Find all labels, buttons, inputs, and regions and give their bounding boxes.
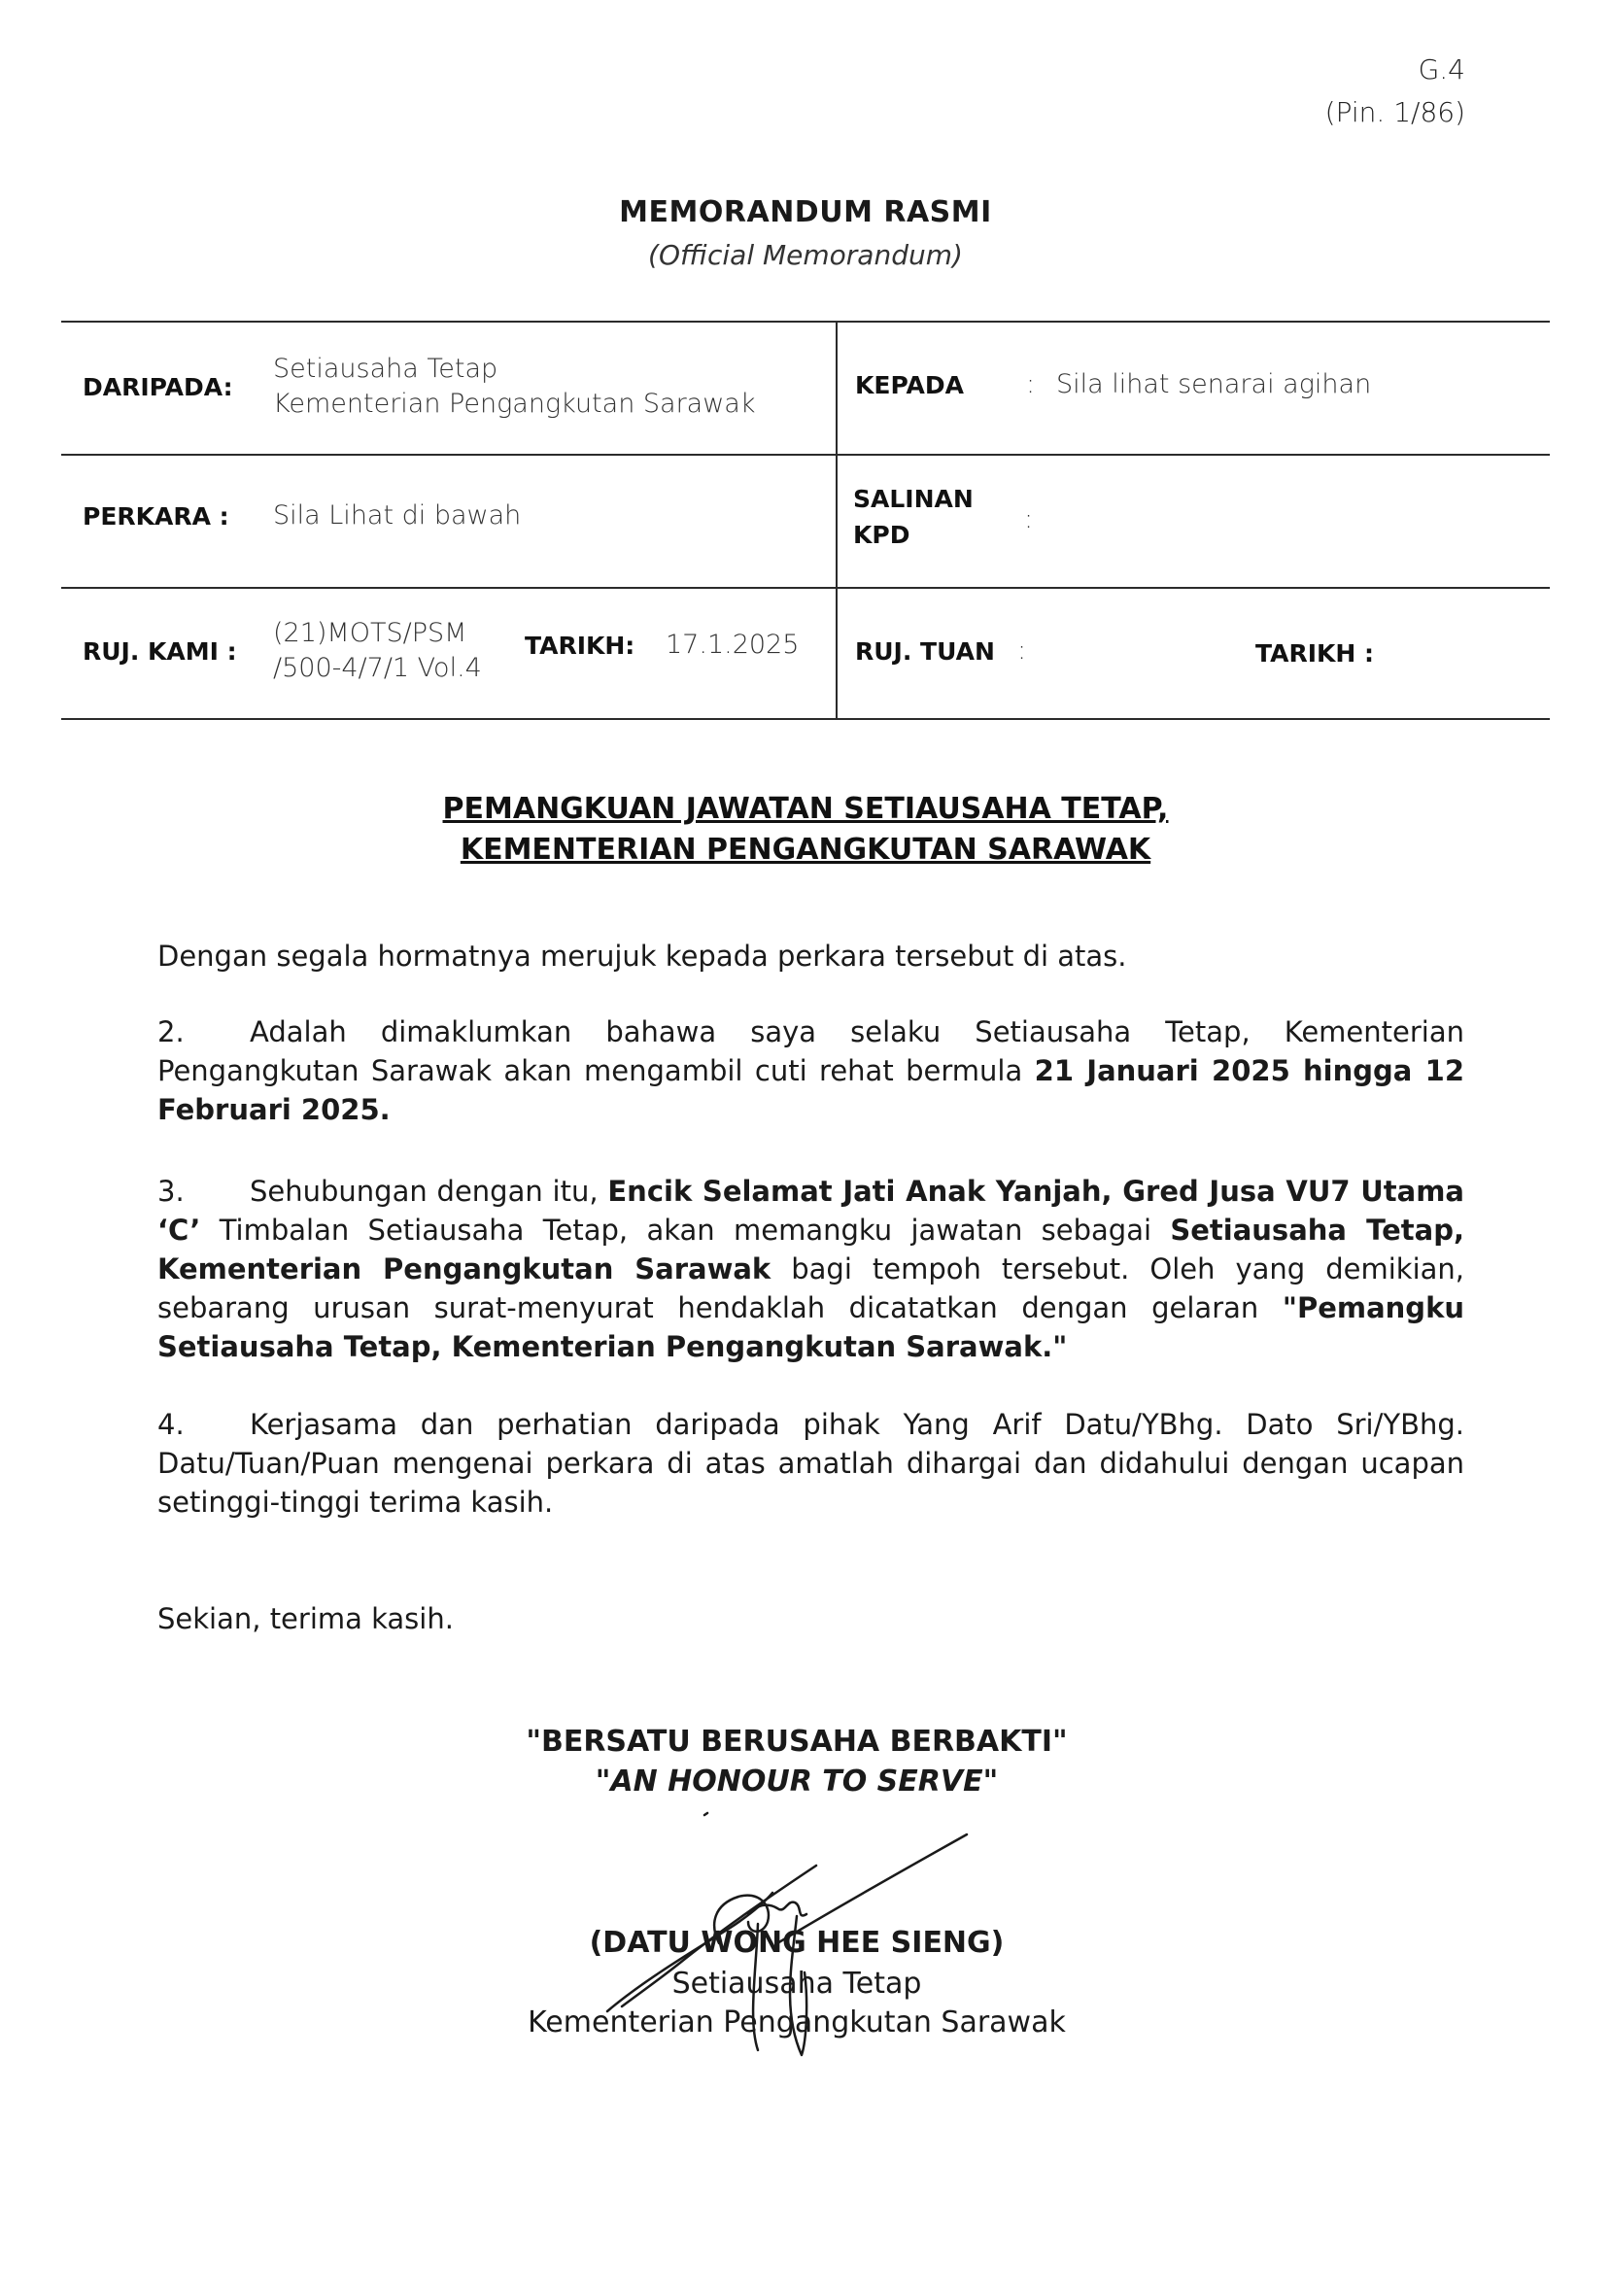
copy-label-line2: KPD (853, 521, 909, 549)
subject-value: Sila Lihat di bawah (273, 498, 521, 533)
subject-line1: PEMANGKUAN JAWATAN SETIAUSAHA TETAP, (0, 789, 1611, 830)
memo-title: MEMORANDUM RASMI (Official Memorandum) (0, 189, 1611, 275)
memo-subject-heading: PEMANGKUAN JAWATAN SETIAUSAHA TETAP, KEM… (0, 789, 1611, 871)
paragraph-1: Dengan segala hormatnya merujuk kepada p… (157, 937, 1464, 976)
copy-colon: : (1024, 502, 1033, 537)
date-label: TARIKH: (525, 632, 634, 660)
paragraph-number: 4. (157, 1405, 250, 1444)
form-code: G.4 (Pin. 1/86) (1325, 49, 1465, 134)
to-colon: : (1026, 367, 1035, 402)
memo-title-translation: (Official Memorandum) (0, 236, 1611, 275)
your-date-label: TARIKH : (1255, 639, 1374, 668)
motto-block: "BERSATU BERUSAHA BERBAKTI" "AN HONOUR T… (505, 1722, 1088, 1801)
from-label: DARIPADA: (83, 373, 233, 401)
memo-header-table: DARIPADA: Setiausaha Tetap Kementerian P… (61, 321, 1550, 720)
header-row-references: RUJ. KAMI : (21)MOTS/PSM /500-4/7/1 Vol.… (61, 587, 1550, 720)
copy-label-line1: SALINAN (853, 485, 974, 513)
header-row-subject-copy: PERKARA : Sila Lihat di bawah SALINAN KP… (61, 454, 1550, 587)
to-value: Sila lihat senarai agihan (1056, 367, 1371, 402)
paragraph-text: Sehubungan dengan itu, (250, 1175, 607, 1208)
motto-malay: "BERSATU BERUSAHA BERBAKTI" (505, 1722, 1088, 1763)
memo-title-main: MEMORANDUM RASMI (0, 189, 1611, 236)
from-line1: Setiausaha Tetap (273, 352, 497, 387)
form-code-number: G.4 (1325, 49, 1465, 91)
paragraph-text: Timbalan Setiausaha Tetap, akan memangku… (200, 1214, 1170, 1247)
paragraph-4: 4.Kerjasama dan perhatian daripada pihak… (157, 1405, 1464, 1522)
closing-remark: Sekian, terima kasih. (157, 1599, 1464, 1638)
subject-label: PERKARA : (83, 502, 229, 531)
date-value: 17.1.2025 (666, 628, 799, 663)
your-ref-colon: : (1017, 634, 1026, 668)
signatory-organisation: Kementerian Pengangkutan Sarawak (466, 2004, 1127, 2042)
subject-line2: KEMENTERIAN PENGANGKUTAN SARAWAK (0, 830, 1611, 871)
our-ref-label: RUJ. KAMI : (83, 637, 237, 666)
signatory-title: Setiausaha Tetap (466, 1965, 1127, 2004)
motto-english: "AN HONOUR TO SERVE" (505, 1763, 1088, 1801)
paragraph-2: 2.Adalah dimaklumkan bahawa saya selaku … (157, 1012, 1464, 1129)
paragraph-3: 3.Sehubungan dengan itu, Encik Selamat J… (157, 1172, 1464, 1366)
to-label: KEPADA (855, 371, 964, 399)
our-ref-line2: /500-4/7/1 Vol.4 (273, 651, 482, 686)
paragraph-text: Kerjasama dan perhatian daripada pihak Y… (157, 1408, 1464, 1519)
paragraph-number: 3. (157, 1172, 250, 1211)
from-line2: Kementerian Pengangkutan Sarawak (273, 387, 755, 422)
signatory-block: (DATU WONG HEE SIENG) Setiausaha Tetap K… (466, 1922, 1127, 2042)
header-row-from-to: DARIPADA: Setiausaha Tetap Kementerian P… (61, 321, 1550, 454)
our-ref-line1: (21)MOTS/PSM (273, 616, 466, 651)
your-ref-label: RUJ. TUAN (855, 637, 995, 666)
signatory-name: (DATU WONG HEE SIENG) (466, 1922, 1127, 1965)
form-code-pin: (Pin. 1/86) (1325, 91, 1465, 134)
paragraph-number: 2. (157, 1012, 250, 1051)
